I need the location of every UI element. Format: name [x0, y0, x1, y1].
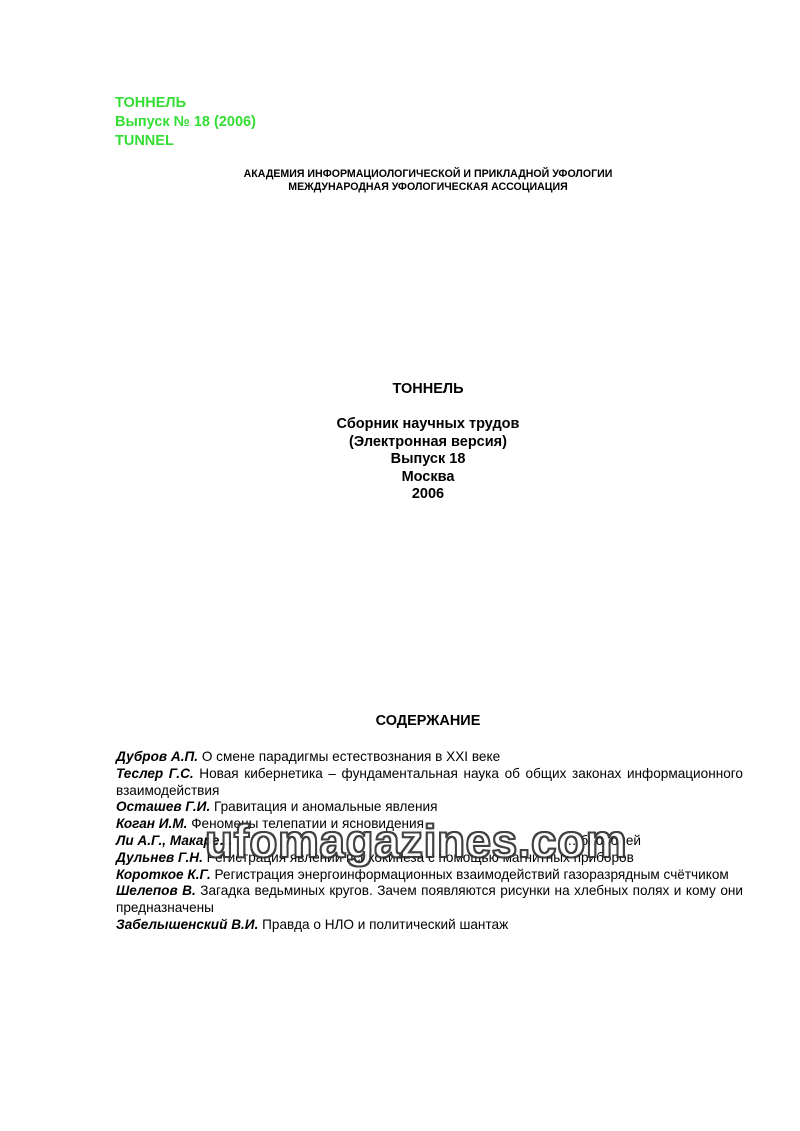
journal-issue: Выпуск № 18 (2006): [115, 113, 256, 132]
toc-item: Короткое К.Г. Регистрация энергоинформац…: [116, 867, 743, 884]
issue-label: Выпуск 18: [0, 451, 800, 469]
toc-title: Гравитация и аномальные явления: [214, 799, 437, 814]
collection-subtitle: Сборник научных трудов: [0, 416, 800, 434]
toc-item: Дульнев Г.Н. Регистрация явлений психоки…: [116, 850, 743, 867]
toc-author: Ли А.Г., Макаре…: [116, 833, 233, 848]
toc-author: Теслер Г.С.: [116, 766, 194, 781]
city-label: Москва: [0, 469, 800, 487]
title-details: Сборник научных трудов (Электронная верс…: [0, 416, 800, 504]
toc-item: Дубров А.П. О смене парадигмы естествозн…: [116, 749, 743, 766]
toc-author: Забелышенский В.И.: [116, 917, 258, 932]
journal-name-en: TUNNEL: [115, 132, 256, 151]
toc-author: Шелепов В.: [116, 883, 196, 898]
journal-header: ТОННЕЛЬ Выпуск № 18 (2006) TUNNEL: [115, 94, 256, 151]
toc-item: Осташев Г.И. Гравитация и аномальные явл…: [116, 799, 743, 816]
toc-title: Загадка ведьминых кругов. Зачем появляют…: [116, 883, 743, 915]
organization-association: МЕЖДУНАРОДНАЯ УФОЛОГИЧЕСКАЯ АССОЦИАЦИЯ: [0, 181, 800, 194]
toc-author: Осташев Г.И.: [116, 799, 210, 814]
toc-author: Дульнев Г.Н.: [116, 850, 203, 865]
toc-title: Правда о НЛО и политический шантаж: [262, 917, 508, 932]
toc-item: Ли А.Г., Макаре…… биополей: [116, 833, 743, 850]
toc-author: Дубров А.П.: [116, 749, 198, 764]
toc-item: Шелепов В. Загадка ведьминых кругов. Зач…: [116, 883, 743, 917]
contents-heading: СОДЕРЖАНИЕ: [0, 712, 800, 730]
toc-author: Короткое К.Г.: [116, 867, 211, 882]
page-title: ТОННЕЛЬ: [0, 380, 800, 398]
toc-title: Регистрация явлений психокинеза с помощь…: [207, 850, 634, 865]
toc-title: Новая кибернетика – фундаментальная наук…: [116, 766, 743, 798]
year-label: 2006: [0, 486, 800, 504]
toc-title: Феномены телепатии и ясновидения: [191, 816, 424, 831]
toc-title: … биополей: [563, 833, 641, 848]
toc-item: Забелышенский В.И. Правда о НЛО и полити…: [116, 917, 743, 934]
edition-label: (Электронная версия): [0, 434, 800, 452]
organizations: АКАДЕМИЯ ИНФОРМАЦИОЛОГИЧЕСКОЙ И ПРИКЛАДН…: [0, 168, 800, 194]
toc-author: Коган И.М.: [116, 816, 187, 831]
organization-academy: АКАДЕМИЯ ИНФОРМАЦИОЛОГИЧЕСКОЙ И ПРИКЛАДН…: [0, 168, 800, 181]
table-of-contents: Дубров А.П. О смене парадигмы естествозн…: [116, 749, 743, 934]
journal-name-ru: ТОННЕЛЬ: [115, 94, 256, 113]
toc-title: О смене парадигмы естествознания в XXI в…: [202, 749, 500, 764]
toc-title: Регистрация энергоинформационных взаимод…: [215, 867, 729, 882]
toc-item: Коган И.М. Феномены телепатии и ясновиде…: [116, 816, 743, 833]
toc-item: Теслер Г.С. Новая кибернетика – фундамен…: [116, 766, 743, 800]
